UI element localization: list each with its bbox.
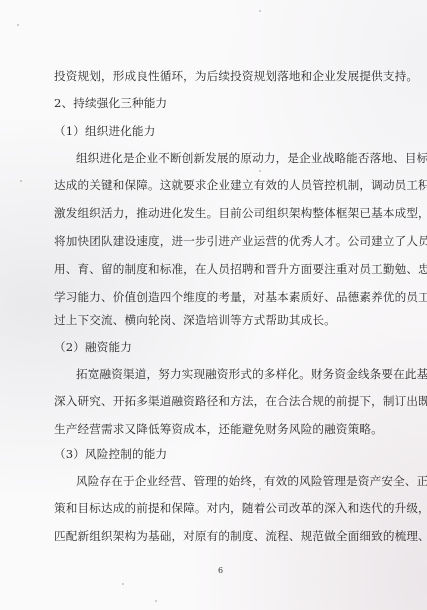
page-number: 6 xyxy=(218,566,223,575)
body-line: 投资规划，形成良性循环，为后续投资规划落地和企业发展提供支持。 xyxy=(54,69,394,83)
scan-speck xyxy=(155,600,157,602)
body-line: 策和目标达成的前提和保障。对内，随着公司改革的深入和迭代的升级，在以 xyxy=(54,501,394,515)
body-line: 生产经营需求又降低筹资成本，还能避免财务风险的融资策略。 xyxy=(54,422,394,436)
scanned-page: 投资规划，形成良性循环，为后续投资规划落地和企业发展提供支持。 2、持续强化三种… xyxy=(0,0,427,610)
scan-speck xyxy=(259,10,261,12)
body-line: 学习能力、价值创造四个维度的考量，对基本素质好、品德素养优的员工，通 xyxy=(54,290,394,304)
body-line: 过上下交流、横向轮岗、深造培训等方式帮助其成长。 xyxy=(54,313,394,327)
subsection-heading: （2）融资能力 xyxy=(54,340,394,354)
body-line: 将加快团队建设速度，进一步引进产业运营的优秀人才。公司建立了人员选、 xyxy=(54,234,394,248)
scan-speck xyxy=(17,24,19,26)
scan-speck xyxy=(259,488,261,490)
scan-speck xyxy=(20,180,22,182)
body-line: 匹配新组织架构为基础，对原有的制度、流程、规范做全面细致的梳理、修改 xyxy=(54,529,394,543)
body-line: 达成的关键和保障。这就要求企业建立有效的人员管控机制，调动员工积极性， xyxy=(54,178,394,192)
paragraph-first-line: 风险存在于企业经营、管理的始终，有效的风险管理是资产安全、正确决 xyxy=(76,474,394,488)
paragraph-first-line: 组织进化是企业不断创新发展的原动力，是企业战略能否落地、目标能否 xyxy=(76,151,394,165)
body-line: 激发组织活力，推动进化发生。目前公司组织架构整体框架已基本成型，后续 xyxy=(54,206,394,220)
subsection-heading: （3）风险控制的能力 xyxy=(54,447,394,461)
subsection-heading: （1）组织进化能力 xyxy=(54,124,394,138)
scan-speck xyxy=(259,170,261,172)
paragraph-first-line: 拓宽融资渠道，努力实现融资形式的多样化。财务资金线条要在此基础上 xyxy=(76,367,394,381)
section-heading: 2、持续强化三种能力 xyxy=(54,96,394,110)
body-line: 深入研究、开拓多渠道融资路径和方法，在合法合规的前提下，制订出既满足 xyxy=(54,394,394,408)
scan-speck xyxy=(122,583,124,585)
body-line: 用、育、留的制度和标准，在人员招聘和晋升方面要注重对员工勤勉、忠诚、 xyxy=(54,262,394,276)
